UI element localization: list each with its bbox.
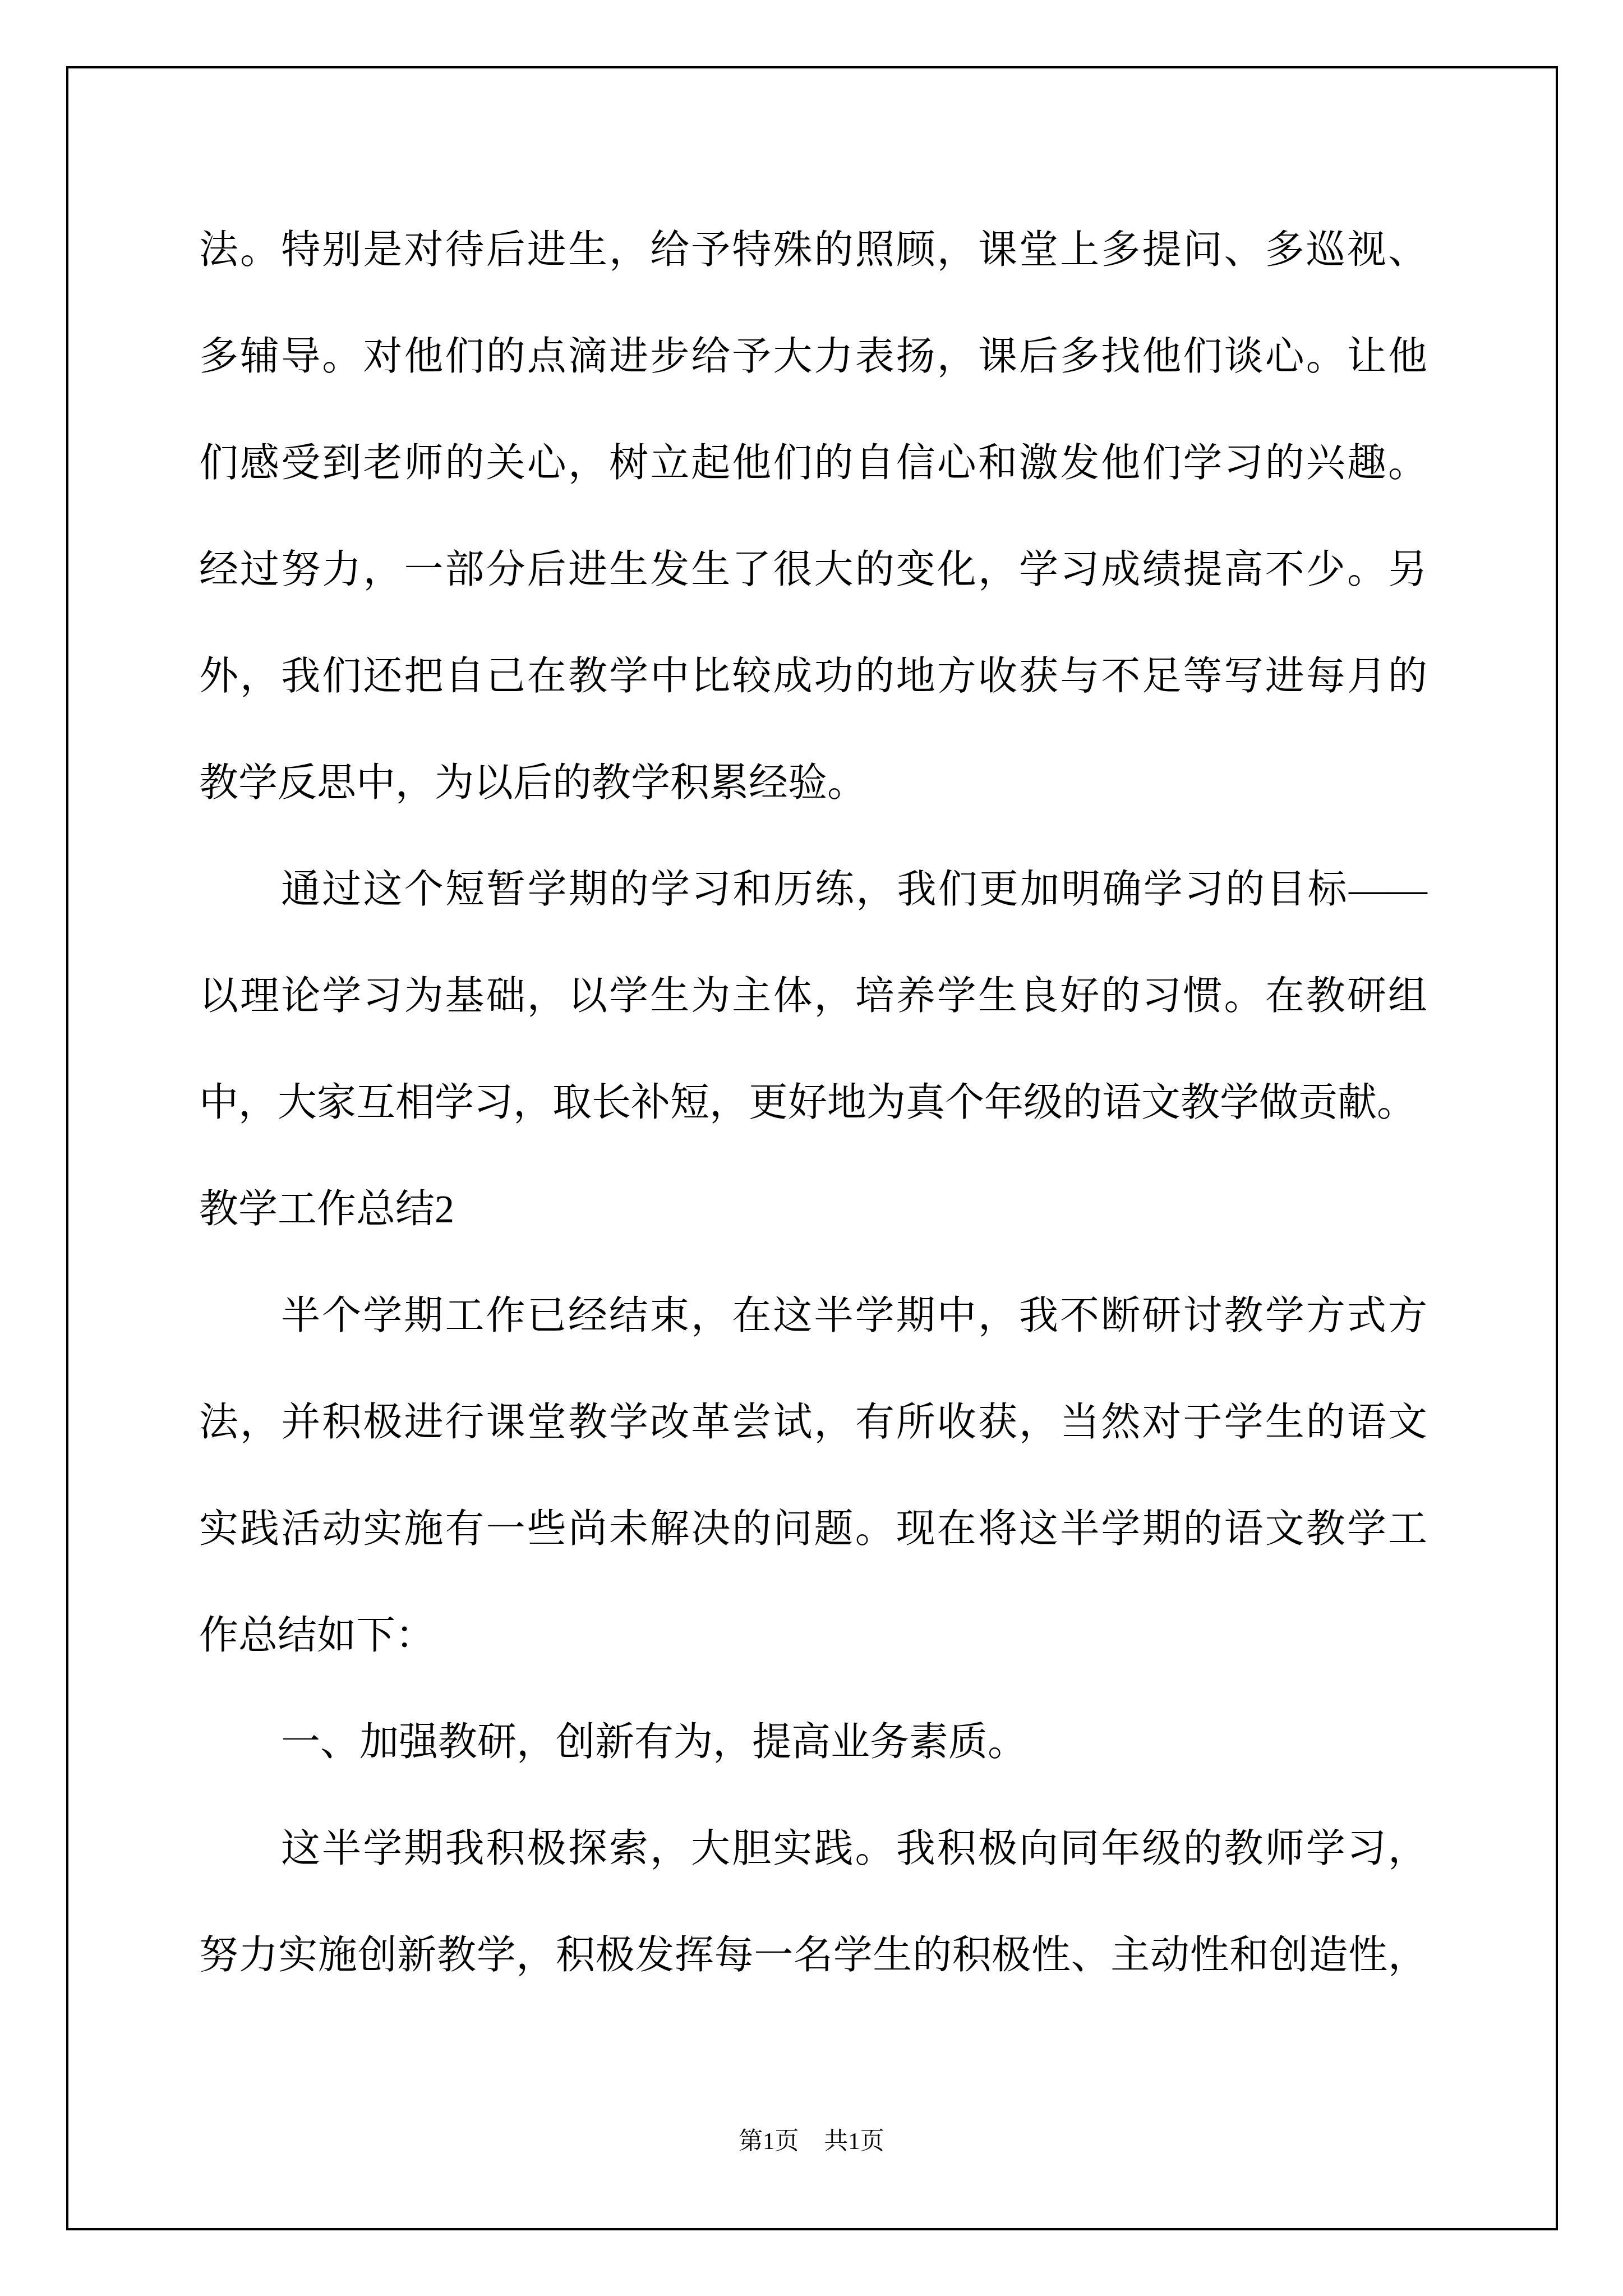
text-line: 法。特别是对待后进生，给予特殊的照顾，课堂上多提问、多巡视、 [199, 197, 1427, 304]
text-line: 半个学期工作已经结束，在这半学期中，我不断研讨教学方式方 [199, 1263, 1427, 1370]
footer-page-info: 第1页 共1页 [739, 2128, 884, 2155]
text-line: 这半学期我积极探索，大胆实践。我积极向同年级的教师学习， [199, 1796, 1427, 1903]
page-footer: 第1页 共1页 [0, 2125, 1623, 2159]
text-line: 中，大家互相学习，取长补短，更好地为真个年级的语文教学做贡献。 [199, 1050, 1427, 1157]
text-line: 教学工作总结2 [199, 1157, 1427, 1263]
text-line: 以理论学习为基础，以学生为主体，培养学生良好的习惯。在教研组 [199, 944, 1427, 1050]
text-line: 一、加强教研，创新有为，提高业务素质。 [199, 1690, 1427, 1796]
text-line: 们感受到老师的关心，树立起他们的自信心和激发他们学习的兴趣。 [199, 411, 1427, 517]
text-line: 教学反思中，为以后的教学积累经验。 [199, 730, 1427, 837]
text-line: 经过努力，一部分后进生发生了很大的变化，学习成绩提高不少。另 [199, 517, 1427, 624]
text-line: 法，并积极进行课堂教学改革尝试，有所收获，当然对于学生的语文 [199, 1370, 1427, 1476]
document-body: 法。特别是对待后进生，给予特殊的照顾，课堂上多提问、多巡视、多辅导。对他们的点滴… [199, 197, 1427, 2009]
text-line: 通过这个短暂学期的学习和历练，我们更加明确学习的目标—— [199, 837, 1427, 944]
text-line: 外，我们还把自己在教学中比较成功的地方收获与不足等写进每月的 [199, 624, 1427, 730]
text-line: 实践活动实施有一些尚未解决的问题。现在将这半学期的语文教学工 [199, 1476, 1427, 1583]
text-line: 多辅导。对他们的点滴进步给予大力表扬，课后多找他们谈心。让他 [199, 304, 1427, 411]
text-line: 努力实施创新教学，积极发挥每一名学生的积极性、主动性和创造性， [199, 1903, 1427, 2009]
text-line: 作总结如下： [199, 1583, 1427, 1690]
document-page: 法。特别是对待后进生，给予特殊的照顾，课堂上多提问、多巡视、多辅导。对他们的点滴… [0, 0, 1623, 2296]
